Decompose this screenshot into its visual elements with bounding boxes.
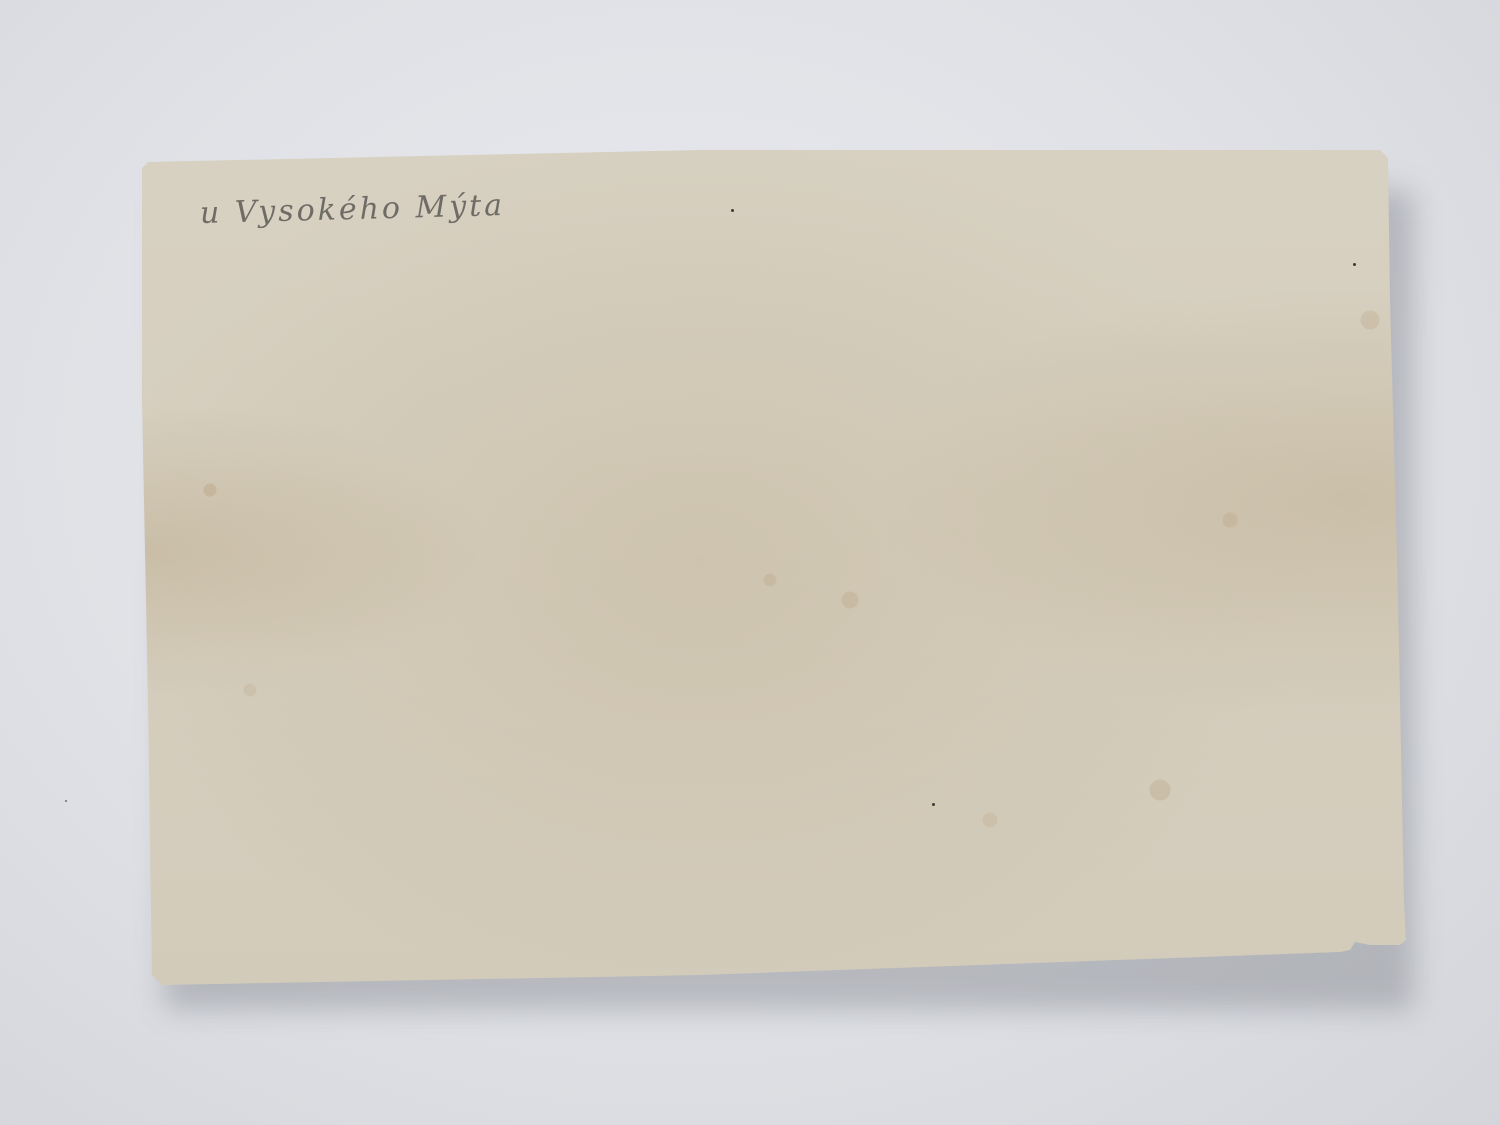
photo-scene: u Vysokého Mýta (0, 0, 1500, 1125)
dust-speck (65, 800, 67, 802)
dust-speck (1353, 263, 1356, 266)
dust-speck (731, 209, 734, 212)
dust-speck (932, 803, 935, 806)
